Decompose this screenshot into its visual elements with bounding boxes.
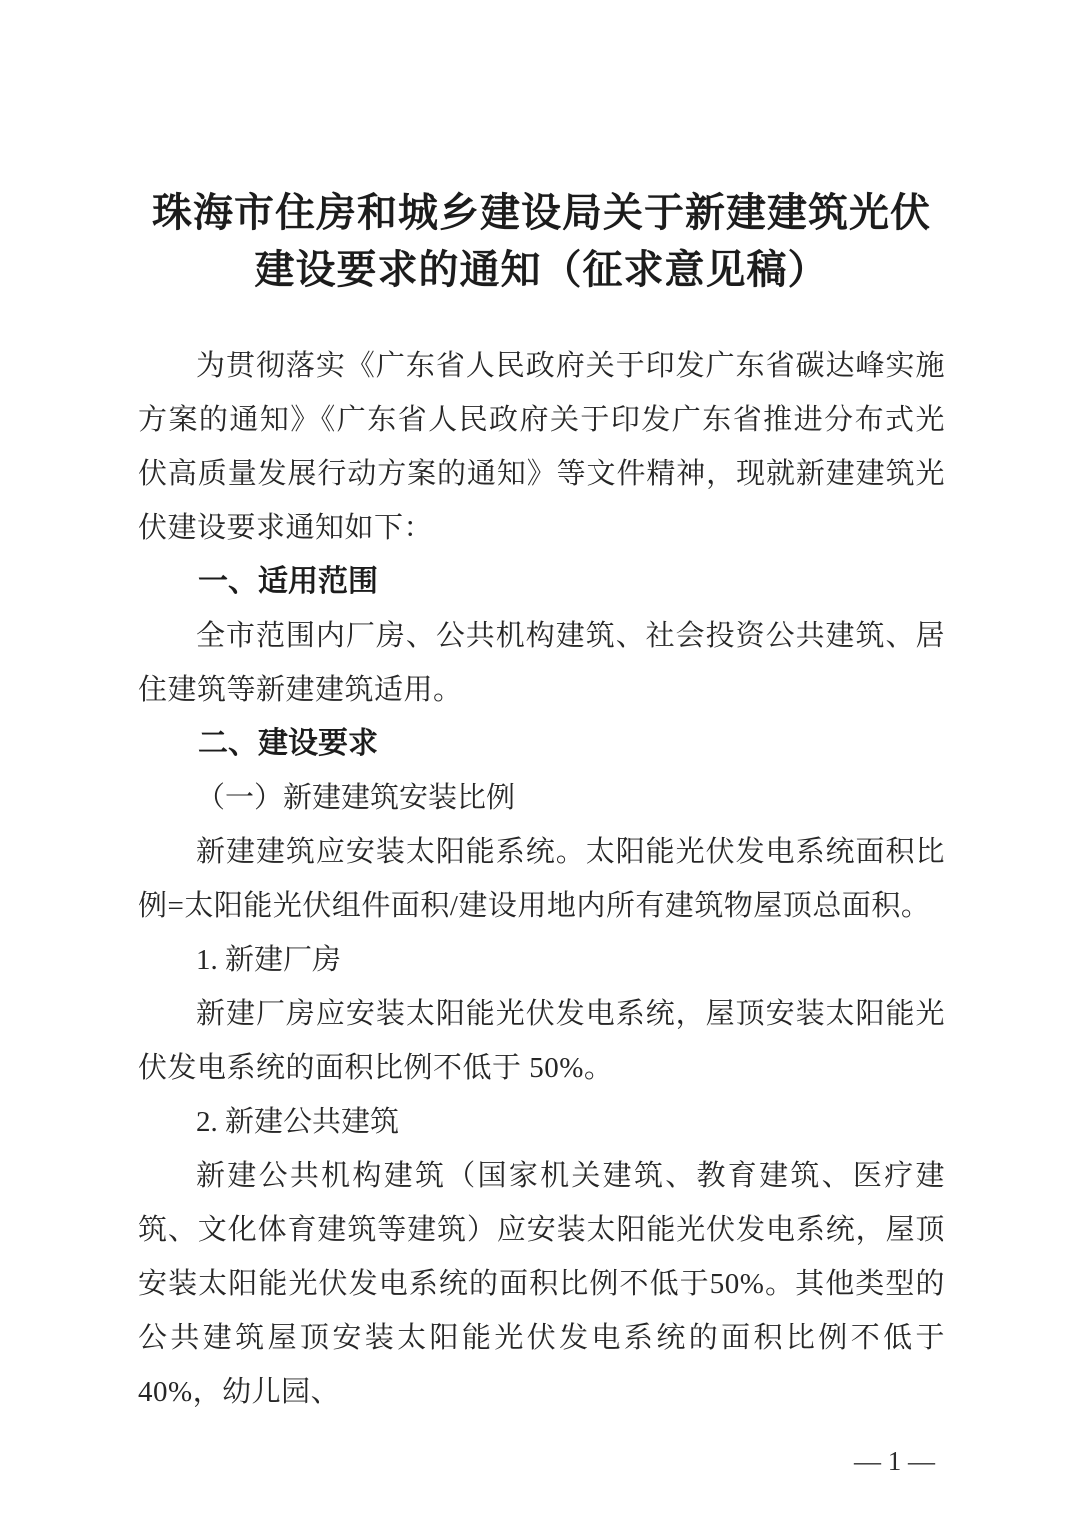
- page-number: — 1 —: [138, 1445, 935, 1477]
- document-page: 珠海市住房和城乡建设局关于新建建筑光伏 建设要求的通知（征求意见稿） 为贯彻落实…: [0, 0, 1080, 1527]
- section-1-heading: 一、适用范围: [138, 555, 945, 609]
- document-title: 珠海市住房和城乡建设局关于新建建筑光伏 建设要求的通知（征求意见稿）: [138, 185, 945, 299]
- item-1-body: 新建厂房应安装太阳能光伏发电系统，屋顶安装太阳能光伏发电系统的面积比例不低于 5…: [138, 987, 945, 1095]
- intro-paragraph: 为贯彻落实《广东省人民政府关于印发广东省碳达峰实施方案的通知》《广东省人民政府关…: [138, 339, 945, 555]
- document-title-line1: 珠海市住房和城乡建设局关于新建建筑光伏: [152, 191, 931, 235]
- item-2-heading: 2. 新建公共建筑: [138, 1095, 945, 1149]
- section-1-body: 全市范围内厂房、公共机构建筑、社会投资公共建筑、居住建筑等新建建筑适用。: [138, 609, 945, 717]
- item-2-body: 新建公共机构建筑（国家机关建筑、教育建筑、医疗建筑、文化体育建筑等建筑）应安装太…: [138, 1149, 945, 1419]
- section-2-sub1-heading: （一）新建建筑安装比例: [138, 771, 945, 825]
- item-1-heading: 1. 新建厂房: [138, 933, 945, 987]
- section-2-heading: 二、建设要求: [138, 717, 945, 771]
- document-title-line2: 建设要求的通知（征求意见稿）: [255, 248, 829, 292]
- section-2-sub1-body: 新建建筑应安装太阳能系统。太阳能光伏发电系统面积比例=太阳能光伏组件面积/建设用…: [138, 825, 945, 933]
